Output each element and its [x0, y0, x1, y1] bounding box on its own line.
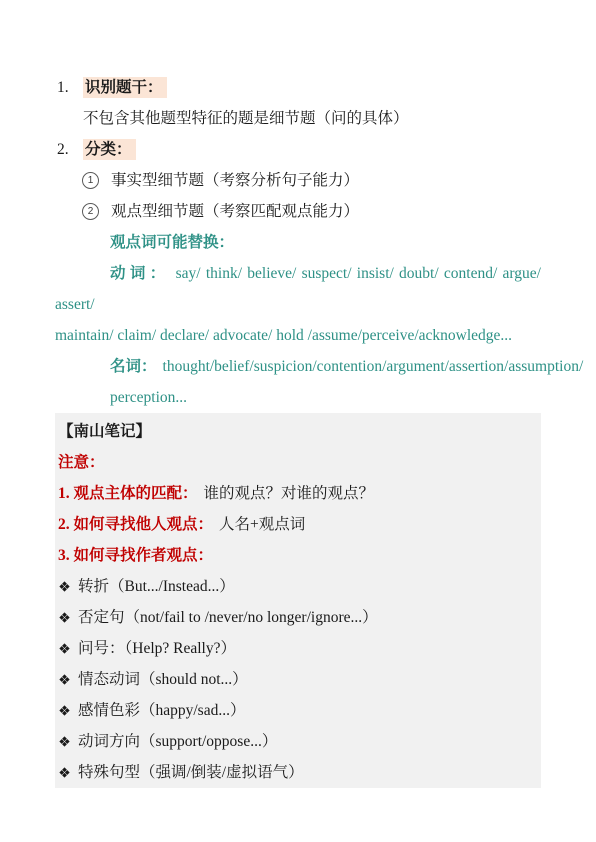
notes-box: 【南山笔记】 注意： 1. 观点主体的匹配：谁的观点？对谁的观点？ 2. 如何寻… [55, 413, 541, 788]
bullet-text: 特殊句型（强调/倒装/虚拟语气） [78, 757, 304, 788]
diamond-bullet-icon [59, 674, 70, 685]
circled-number-1-icon: 1 [82, 172, 99, 189]
note-point: 1. 观点主体的匹配：谁的观点？对谁的观点？ [57, 478, 541, 509]
sub-item-opinion: 2 观点型细节题（考察匹配观点能力） [55, 196, 541, 227]
outline-item-2: 2.分类： [55, 134, 541, 165]
bullet-text: 情态动词（should not...） [78, 664, 248, 695]
document-content: 1.识别题干： 不包含其他题型特征的题是细节题（问的具体） 2.分类： 1 事实… [0, 0, 596, 788]
bullet-text: 转折（But.../Instead...） [78, 571, 235, 602]
note-point-text: 人名+观点词 [219, 516, 305, 533]
diamond-bullet-icon [59, 612, 70, 623]
note-point-text: 谁的观点？对谁的观点？ [204, 485, 375, 502]
highlighted-heading-identify: 识别题干： [83, 77, 167, 98]
nouns-line-1: 名词：thought/belief/suspicion/contention/a… [55, 351, 541, 382]
diamond-bullet-icon [59, 581, 70, 592]
bullet-item: 特殊句型（强调/倒装/虚拟语气） [57, 757, 541, 788]
verbs-label: 动词： [110, 265, 170, 282]
attention-label: 注意： [57, 447, 541, 478]
notes-title: 【南山笔记】 [57, 416, 541, 447]
outline-item-1-body: 不包含其他题型特征的题是细节题（问的具体） [55, 103, 541, 134]
sub-item-text: 观点型细节题（考察匹配观点能力） [111, 196, 359, 227]
diamond-bullet-icon [59, 767, 70, 778]
note-point-label: 3. 如何寻找作者观点： [58, 547, 213, 564]
replace-heading: 观点词可能替换： [55, 227, 541, 258]
list-number: 1. [55, 72, 83, 103]
nouns-line-2: perception... [55, 382, 541, 413]
bullet-item: 转折（But.../Instead...） [57, 571, 541, 602]
bullet-text: 感情色彩（happy/sad...） [78, 695, 245, 726]
verbs-line-1: 动词：say/ think/ believe/ suspect/ insist/… [55, 258, 541, 320]
diamond-bullet-icon [59, 705, 70, 716]
sub-item-factual: 1 事实型细节题（考察分析句子能力） [55, 165, 541, 196]
note-point-label: 1. 观点主体的匹配： [58, 485, 198, 502]
note-point: 3. 如何寻找作者观点： [57, 540, 541, 571]
circled-number-2-icon: 2 [82, 203, 99, 220]
circled-number-digit: 1 [88, 165, 94, 196]
bullet-item: 感情色彩（happy/sad...） [57, 695, 541, 726]
list-number: 2. [55, 134, 83, 165]
bullet-text: 问号：（Help? Really?） [78, 633, 236, 664]
circled-number-digit: 2 [88, 196, 94, 227]
bullet-item: 情态动词（should not...） [57, 664, 541, 695]
bullet-text: 动词方向（support/oppose...） [78, 726, 277, 757]
highlighted-heading-classify: 分类： [83, 139, 136, 160]
verbs-line-2: maintain/ claim/ declare/ advocate/ hold… [55, 320, 541, 351]
note-point-label: 2. 如何寻找他人观点： [58, 516, 213, 533]
document-page: 1.识别题干： 不包含其他题型特征的题是细节题（问的具体） 2.分类： 1 事实… [0, 0, 596, 842]
diamond-bullet-icon [59, 736, 70, 747]
diamond-bullet-icon [59, 643, 70, 654]
outline-item-1: 1.识别题干： [55, 72, 541, 103]
nouns-list-part1: thought/belief/suspicion/contention/argu… [163, 358, 584, 375]
nouns-label: 名词： [110, 358, 157, 375]
bullet-item: 否定句（not/fail to /never/no longer/ignore.… [57, 602, 541, 633]
sub-item-text: 事实型细节题（考察分析句子能力） [111, 165, 359, 196]
bullet-item: 动词方向（support/oppose...） [57, 726, 541, 757]
bullet-text: 否定句（not/fail to /never/no longer/ignore.… [78, 602, 378, 633]
bullet-item: 问号：（Help? Really?） [57, 633, 541, 664]
note-point: 2. 如何寻找他人观点：人名+观点词 [57, 509, 541, 540]
